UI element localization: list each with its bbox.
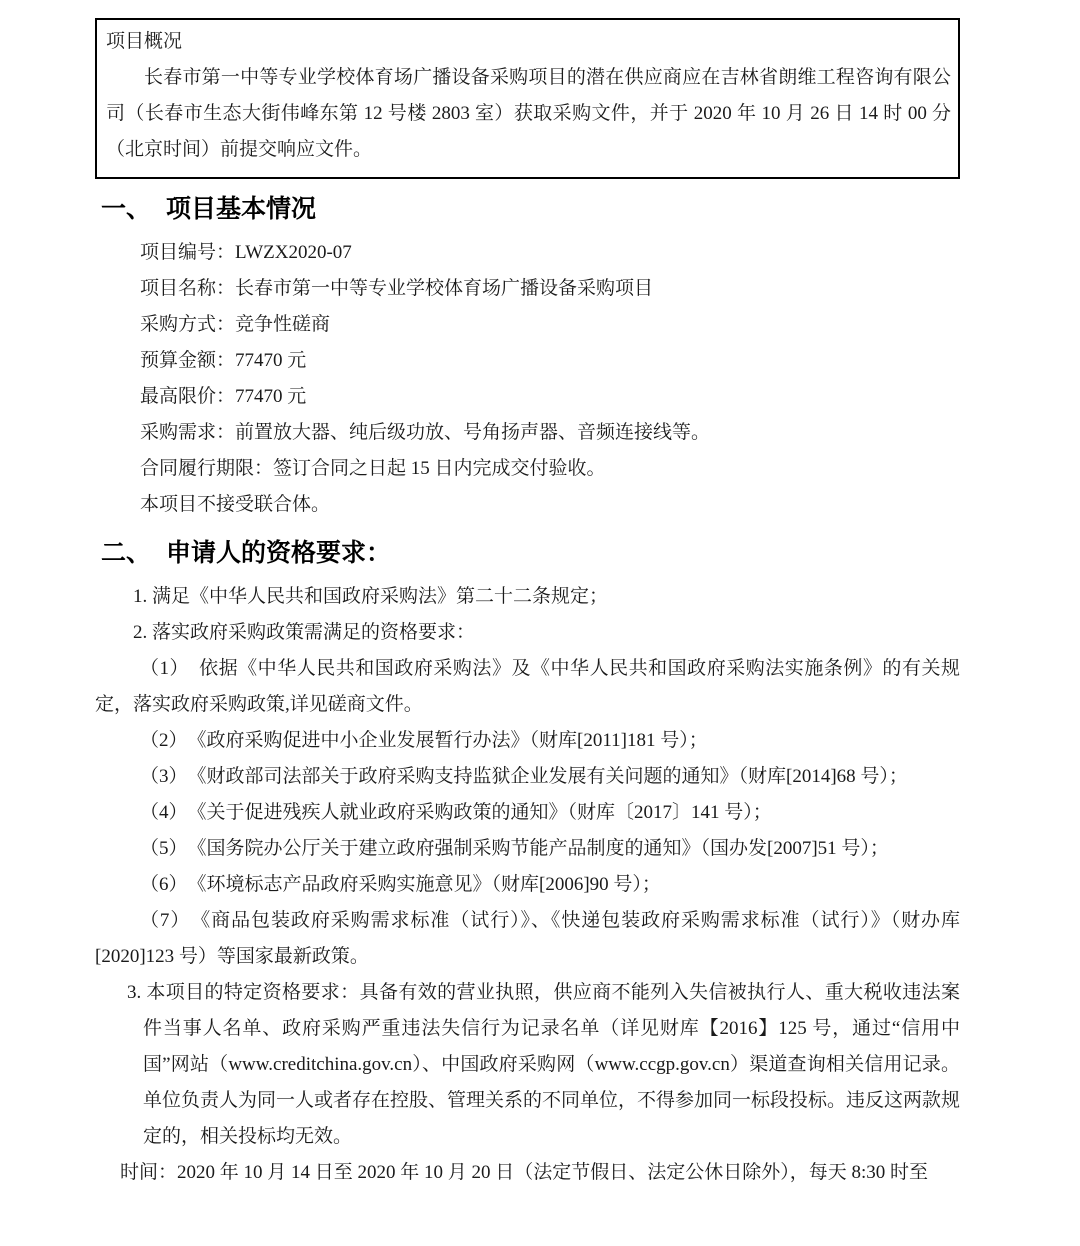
project-overview-box: 项目概况 长春市第一中等专业学校体育场广播设备采购项目的潜在供应商应在吉林省朗维… [95, 18, 960, 179]
document-time-note: 时间：2020 年 10 月 14 日至 2020 年 10 月 20 日（法定… [95, 1155, 960, 1191]
field-budget-amount: 预算金额：77470 元 [95, 343, 960, 379]
section-2-heading: 二、申请人的资格要求： [101, 536, 960, 570]
field-max-price: 最高限价：77470 元 [95, 379, 960, 415]
qualification-item-3: 3. 本项目的特定资格要求：具备有效的营业执照，供应商不能列入失信被执行人、重大… [95, 975, 960, 1155]
section-1-number: 一、 [101, 195, 151, 223]
section-2-title: 申请人的资格要求： [166, 539, 391, 567]
policy-subitem-2: （2） 《政府采购促进中小企业发展暂行办法》（财库[2011]181 号）； [95, 723, 960, 759]
field-contract-period: 合同履行期限：签订合同之日起 15 日内完成交付验收。 [95, 451, 960, 487]
section-2-number: 二、 [101, 539, 151, 567]
field-project-name: 项目名称：长春市第一中等专业学校体育场广播设备采购项目 [95, 271, 960, 307]
overview-paragraph: 长春市第一中等专业学校体育场广播设备采购项目的潜在供应商应在吉林省朗维工程咨询有… [106, 60, 951, 168]
overview-title: 项目概况 [106, 24, 951, 60]
field-project-number: 项目编号：LWZX2020-07 [95, 235, 960, 271]
policy-subitem-3: （3） 《财政部司法部关于政府采购支持监狱企业发展有关问题的通知》（财库[201… [95, 759, 960, 795]
procurement-document-page: 项目概况 长春市第一中等专业学校体育场广播设备采购项目的潜在供应商应在吉林省朗维… [0, 0, 1080, 1246]
field-procurement-method: 采购方式：竞争性磋商 [95, 307, 960, 343]
section-1-title: 项目基本情况 [166, 195, 316, 223]
policy-subitem-1: （1） 依据《中华人民共和国政府采购法》及《中华人民共和国政府采购法实施条例》的… [95, 651, 960, 723]
policy-subitem-7: （7） 《商品包装政府采购需求标准（试行）》、《快递包装政府采购需求标准（试行）… [95, 903, 960, 975]
qualification-item-1: 1. 满足《中华人民共和国政府采购法》第二十二条规定； [95, 579, 960, 615]
policy-subitem-4: （4） 《关于促进残疾人就业政府采购政策的通知》（财库〔2017〕141 号）； [95, 795, 960, 831]
field-procurement-demand: 采购需求：前置放大器、纯后级功放、号角扬声器、音频连接线等。 [95, 415, 960, 451]
field-no-consortium: 本项目不接受联合体。 [95, 487, 960, 523]
section-1-heading: 一、项目基本情况 [101, 192, 960, 226]
policy-subitem-5: （5） 《国务院办公厅关于建立政府强制采购节能产品制度的通知》（国办发[2007… [95, 831, 960, 867]
qualification-item-2: 2. 落实政府采购政策需满足的资格要求： [95, 615, 960, 651]
policy-subitem-6: （6） 《环境标志产品政府采购实施意见》（财库[2006]90 号）； [95, 867, 960, 903]
